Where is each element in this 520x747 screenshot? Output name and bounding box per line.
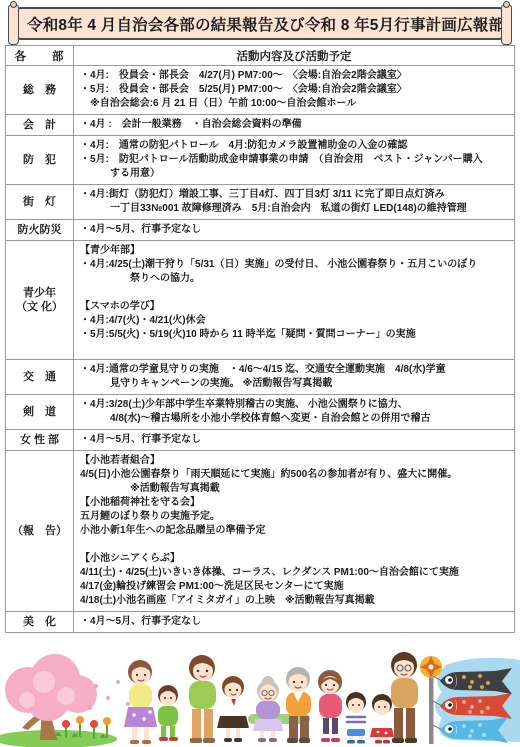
- content-line: 【小池若者組合】: [80, 454, 510, 468]
- content-line: ・5月: 役員会・部長会 5/25(月) PM7:00～ 〈会場:自治会2階会議…: [80, 83, 510, 97]
- content-line: ・4月:通常の学童見守りの実施 ・4/6～4/15 迄、交通安全運動実施 4/8…: [80, 363, 510, 377]
- content-line: ・4月～5月、行事予定なし: [80, 615, 510, 629]
- department-label: （報 告）: [6, 451, 74, 612]
- activity-content: ・4月～5月、行事予定なし: [74, 430, 515, 451]
- title-banner: 令和8年 4 月自治会各部の結果報告及び令和 8 年5月行事計画 広報部: [8, 7, 512, 40]
- koinobori-illustration: [420, 656, 520, 744]
- title-text: 令和8年 4 月自治会各部の結果報告及び令和 8 年5月行事計画: [27, 13, 457, 35]
- content-line: 4/5(日)小池公園春祭り「雨天順延にて実施」約500名の参加者が有り、盛大に開…: [80, 468, 510, 482]
- table-row: 青少年 （文 化）【青少年部】・4月:4/25(土)潮干狩り「5/31（日）実施…: [6, 241, 515, 360]
- department-label: 防 犯: [6, 136, 74, 185]
- content-line: 【小池シニアくらぶ】: [80, 552, 510, 566]
- content-line: 祭りへの協力。: [80, 272, 510, 286]
- schoolgirl-figure: [217, 676, 249, 742]
- table-row: 美 化・4月～5月、行事予定なし: [6, 612, 515, 633]
- content-line: 【青少年部】: [80, 244, 510, 258]
- toddler-girl-figure: [370, 694, 394, 744]
- activity-content: ・4月:通常の学童見守りの実施 ・4/6～4/15 迄、交通安全運動実施 4/8…: [74, 360, 515, 395]
- department-label: 防火防災: [6, 220, 74, 241]
- content-line: ・4月:街灯（防犯灯）増設工事、三丁目4灯、四丁目3灯 3/11 に完了即日点灯…: [80, 188, 510, 202]
- table-row: 女 性 部・4月～5月、行事予定なし: [6, 430, 515, 451]
- activity-content: ・4月:街灯（防犯灯）増設工事、三丁目4灯、四丁目3灯 3/11 に完了即日点灯…: [74, 185, 515, 220]
- report-table-body: 総 務・4月: 役員会・部長会 4/27(月) PM7:00～ 〈会場:自治会2…: [6, 66, 515, 633]
- table-row: （報 告）【小池若者組合】4/5(日)小池公園春祭り「雨天順延にて実施」約500…: [6, 451, 515, 612]
- department-label: 女 性 部: [6, 430, 74, 451]
- activity-content: ・4月: 通常の防犯パトロール 4月:防犯カメラ設置補助金の入金の確認・5月: …: [74, 136, 515, 185]
- content-line: [80, 342, 510, 356]
- activity-content: ・4月:3/28(土)少年部中学生卒業特別稽古の実施、 小池公園祭りに協力、 4…: [74, 395, 515, 430]
- content-line: 4/11(土)・4/25(土)いきいき体操、コーラス、レクダンス PM1:00～…: [80, 566, 510, 580]
- table-row: 剣 道・4月:3/28(土)少年部中学生卒業特別稽古の実施、 小池公園祭りに協力…: [6, 395, 515, 430]
- content-line: ※活動報告写真掲載: [80, 482, 510, 496]
- father-figure: [391, 652, 418, 743]
- activity-content: ・4月 : 会計一般業務 ・自治会総会資料の準備: [74, 115, 515, 136]
- footer-illustrations: [0, 652, 520, 747]
- content-line: 4/8(水)～稽古場所を小池小学校体育館へ変更・自治会館との併用で稽古: [80, 412, 510, 426]
- grandmother-figure: [253, 676, 283, 742]
- content-line: ・4月:4/7(火)・4/21(火)休会: [80, 314, 510, 328]
- spacer: [0, 633, 520, 652]
- content-line: する用意）: [80, 167, 510, 181]
- activity-content: ・4月～5月、行事予定なし: [74, 612, 515, 633]
- content-line: 4/18(土)小池名画座「アイミタガイ」の上映 ※活動報告写真掲載: [80, 594, 510, 608]
- content-line: 【小池稲荷神社を守る会】: [80, 496, 510, 510]
- table-row: 街 灯・4月:街灯（防犯灯）増設工事、三丁目4灯、四丁目3灯 3/11 に完了即…: [6, 185, 515, 220]
- activity-content: 【小池若者組合】4/5(日)小池公園春祭り「雨天順延にて実施」約500名の参加者…: [74, 451, 515, 612]
- activity-content: 【青少年部】・4月:4/25(土)潮干狩り「5/31（日）実施」の受付日、 小池…: [74, 241, 515, 360]
- content-line: 【スマホの学び】: [80, 300, 510, 314]
- content-line: ・4月～5月、行事予定なし: [80, 433, 510, 447]
- content-line: ・4月:4/25(土)潮干狩り「5/31（日）実施」の受付日、 小池公園春祭り・…: [80, 258, 510, 272]
- header-department: 各 部: [6, 46, 74, 66]
- content-line: ・4月: 役員会・部長会 4/27(月) PM7:00～ 〈会場:自治会2階会議…: [80, 69, 510, 83]
- table-row: 総 務・4月: 役員会・部長会 4/27(月) PM7:00～ 〈会場:自治会2…: [6, 66, 515, 115]
- department-label: 街 灯: [6, 185, 74, 220]
- department-label: 会 計: [6, 115, 74, 136]
- table-row: 会 計・4月 : 会計一般業務 ・自治会総会資料の準備: [6, 115, 515, 136]
- content-line: [80, 538, 510, 552]
- content-line: 小池小新1年生への記念品贈呈の準備予定: [80, 524, 510, 538]
- report-page: 令和8年 4 月自治会各部の結果報告及び令和 8 年5月行事計画 広報部 各 部…: [0, 0, 520, 747]
- department-label: 美 化: [6, 612, 74, 633]
- content-line: ・4月: 通常の防犯パトロール 4月:防犯カメラ設置補助金の入金の確認: [80, 139, 510, 153]
- scroll-roll-left-icon: [8, 4, 19, 45]
- page-title: 令和8年 4 月自治会各部の結果報告及び令和 8 年5月行事計画 広報部: [15, 7, 505, 40]
- content-line: 4/17(金)輪投げ練習会 PM1:00～洗足区民センターにて実施: [80, 580, 510, 594]
- table-row: 防火防災・4月～5月、行事予定なし: [6, 220, 515, 241]
- activity-content: ・4月～5月、行事予定なし: [74, 220, 515, 241]
- man-green-figure: [189, 655, 216, 743]
- table-row: 交 通・4月:通常の学童見守りの実施 ・4/6～4/15 迄、交通安全運動実施 …: [6, 360, 515, 395]
- family-group-illustration: [124, 652, 418, 744]
- pinwheel-icon: [420, 656, 442, 678]
- activity-content: ・4月: 役員会・部長会 4/27(月) PM7:00～ 〈会場:自治会2階会議…: [74, 66, 515, 115]
- cherry-blossom-tree-illustration: [0, 654, 130, 747]
- department-label: 剣 道: [6, 395, 74, 430]
- table-header-row: 各 部 活動内容及び活動予定: [6, 46, 515, 66]
- content-line: ・5月:5/5(火)・5/19(火)10 時から 11 時半迄「疑問・質問コーナ…: [80, 328, 510, 342]
- content-line: 見守りキャンペーンの実施。 ※活動報告写真掲載: [80, 377, 510, 391]
- content-line: 五月鯉のぼり祭りの実施予定。: [80, 510, 510, 524]
- content-line: 一丁目33№001 故障修理済み 5月:自治会内 私道の街灯 LED(148)の…: [80, 202, 510, 216]
- department-label: 青少年 （文 化）: [6, 241, 74, 360]
- table-row: 防 犯・4月: 通常の防犯パトロール 4月:防犯カメラ設置補助金の入金の確認・5…: [6, 136, 515, 185]
- grandfather-figure: [286, 667, 311, 743]
- content-line: [80, 286, 510, 300]
- department-label: 交 通: [6, 360, 74, 395]
- content-line: ※自治会総会:6 月 21 日（日）午前 10:00～自治会館ホール: [80, 97, 510, 111]
- content-line: ・5月: 防犯パトロール活動助成金申請事業の申請 （自治会用 ベスト・ジャンパー…: [80, 153, 510, 167]
- content-line: ・4月～5月、行事予定なし: [80, 223, 510, 237]
- boy-green-figure: [158, 685, 178, 741]
- content-line: ・4月 : 会計一般業務 ・自治会総会資料の準備: [80, 118, 510, 132]
- title-department: 広報部: [457, 13, 504, 35]
- scroll-roll-right-icon: [501, 4, 512, 45]
- mother-figure: [124, 660, 157, 744]
- department-label: 総 務: [6, 66, 74, 115]
- report-table: 各 部 活動内容及び活動予定 総 務・4月: 役員会・部長会 4/27(月) P…: [5, 45, 515, 633]
- content-line: ・4月:3/28(土)少年部中学生卒業特別稽古の実施、 小池公園祭りに協力、: [80, 398, 510, 412]
- girl-pink-figure: [318, 670, 342, 742]
- boy-striped-figure: [346, 692, 366, 744]
- header-activities: 活動内容及び活動予定: [74, 46, 515, 66]
